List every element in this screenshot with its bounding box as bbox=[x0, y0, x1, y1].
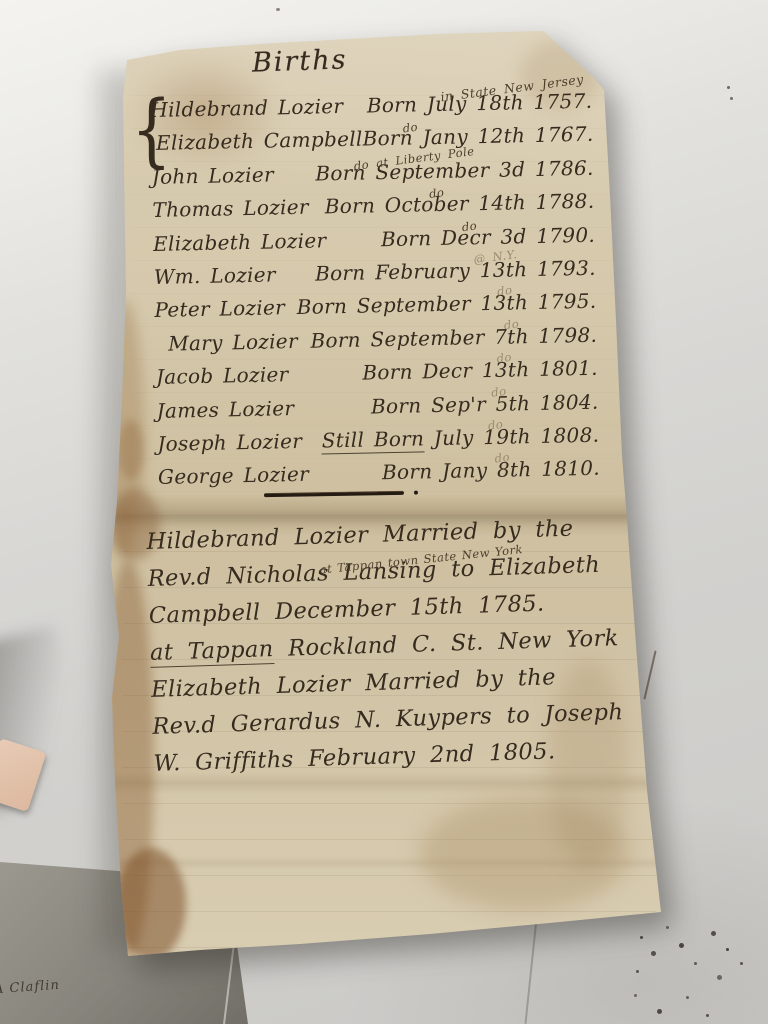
birth-record: Born October 14th 1788. bbox=[324, 185, 594, 224]
person-name: Thomas Lozier bbox=[152, 191, 309, 228]
person-name: John Lozier bbox=[151, 158, 274, 194]
person-name: Mary Lozier bbox=[155, 325, 298, 361]
manuscript-page: Births { Hildebrand LozierBorn July 18th… bbox=[0, 0, 768, 1024]
birth-record-rest: July 19th 1808. bbox=[424, 423, 600, 451]
marriage-record: Elizabeth Lozier Married by theRev.d Ger… bbox=[151, 657, 628, 783]
person-name: Jacob Lozier bbox=[156, 358, 289, 394]
marriage-section: Hildebrand Lozier Married by theRev.d Ni… bbox=[146, 509, 628, 783]
paper-stain bbox=[116, 848, 186, 960]
person-name: Wm. Lozier bbox=[153, 258, 276, 294]
birth-record: Born Sep'r 5th 1804. bbox=[371, 385, 599, 423]
underlined-words: at Tappan bbox=[150, 636, 274, 668]
interlinear-note: @ N.Y. bbox=[472, 238, 520, 277]
manuscript-wrap: Births { Hildebrand LozierBorn July 18th… bbox=[0, 0, 768, 1024]
person-name: Joseph Lozier bbox=[157, 425, 302, 461]
birth-record: Born Decr 13th 1801. bbox=[362, 352, 598, 390]
marriage-line-rest: Rockland C. St. New York bbox=[273, 625, 619, 662]
page-title: Births bbox=[251, 44, 348, 78]
person-name: Peter Lozier bbox=[154, 292, 285, 328]
underlined-words: Still Born bbox=[321, 426, 424, 454]
person-name: James Lozier bbox=[156, 392, 294, 428]
births-list: Hildebrand LozierBorn July 18th 1757.in … bbox=[150, 85, 600, 495]
person-name: George Lozier bbox=[158, 458, 310, 495]
birth-record: Born Jany 8th 1810. bbox=[382, 452, 601, 490]
photo-scene: A Claflin Births { Hildebrand LozierBorn… bbox=[0, 0, 768, 1024]
marriage-record: Hildebrand Lozier Married by theRev.d Ni… bbox=[146, 509, 624, 672]
paper-stain bbox=[118, 420, 144, 480]
person-name: Hildebrand Lozier bbox=[150, 90, 344, 127]
person-name: Elizabeth Campbell bbox=[151, 123, 363, 161]
person-name: Elizabeth Lozier bbox=[153, 224, 327, 261]
